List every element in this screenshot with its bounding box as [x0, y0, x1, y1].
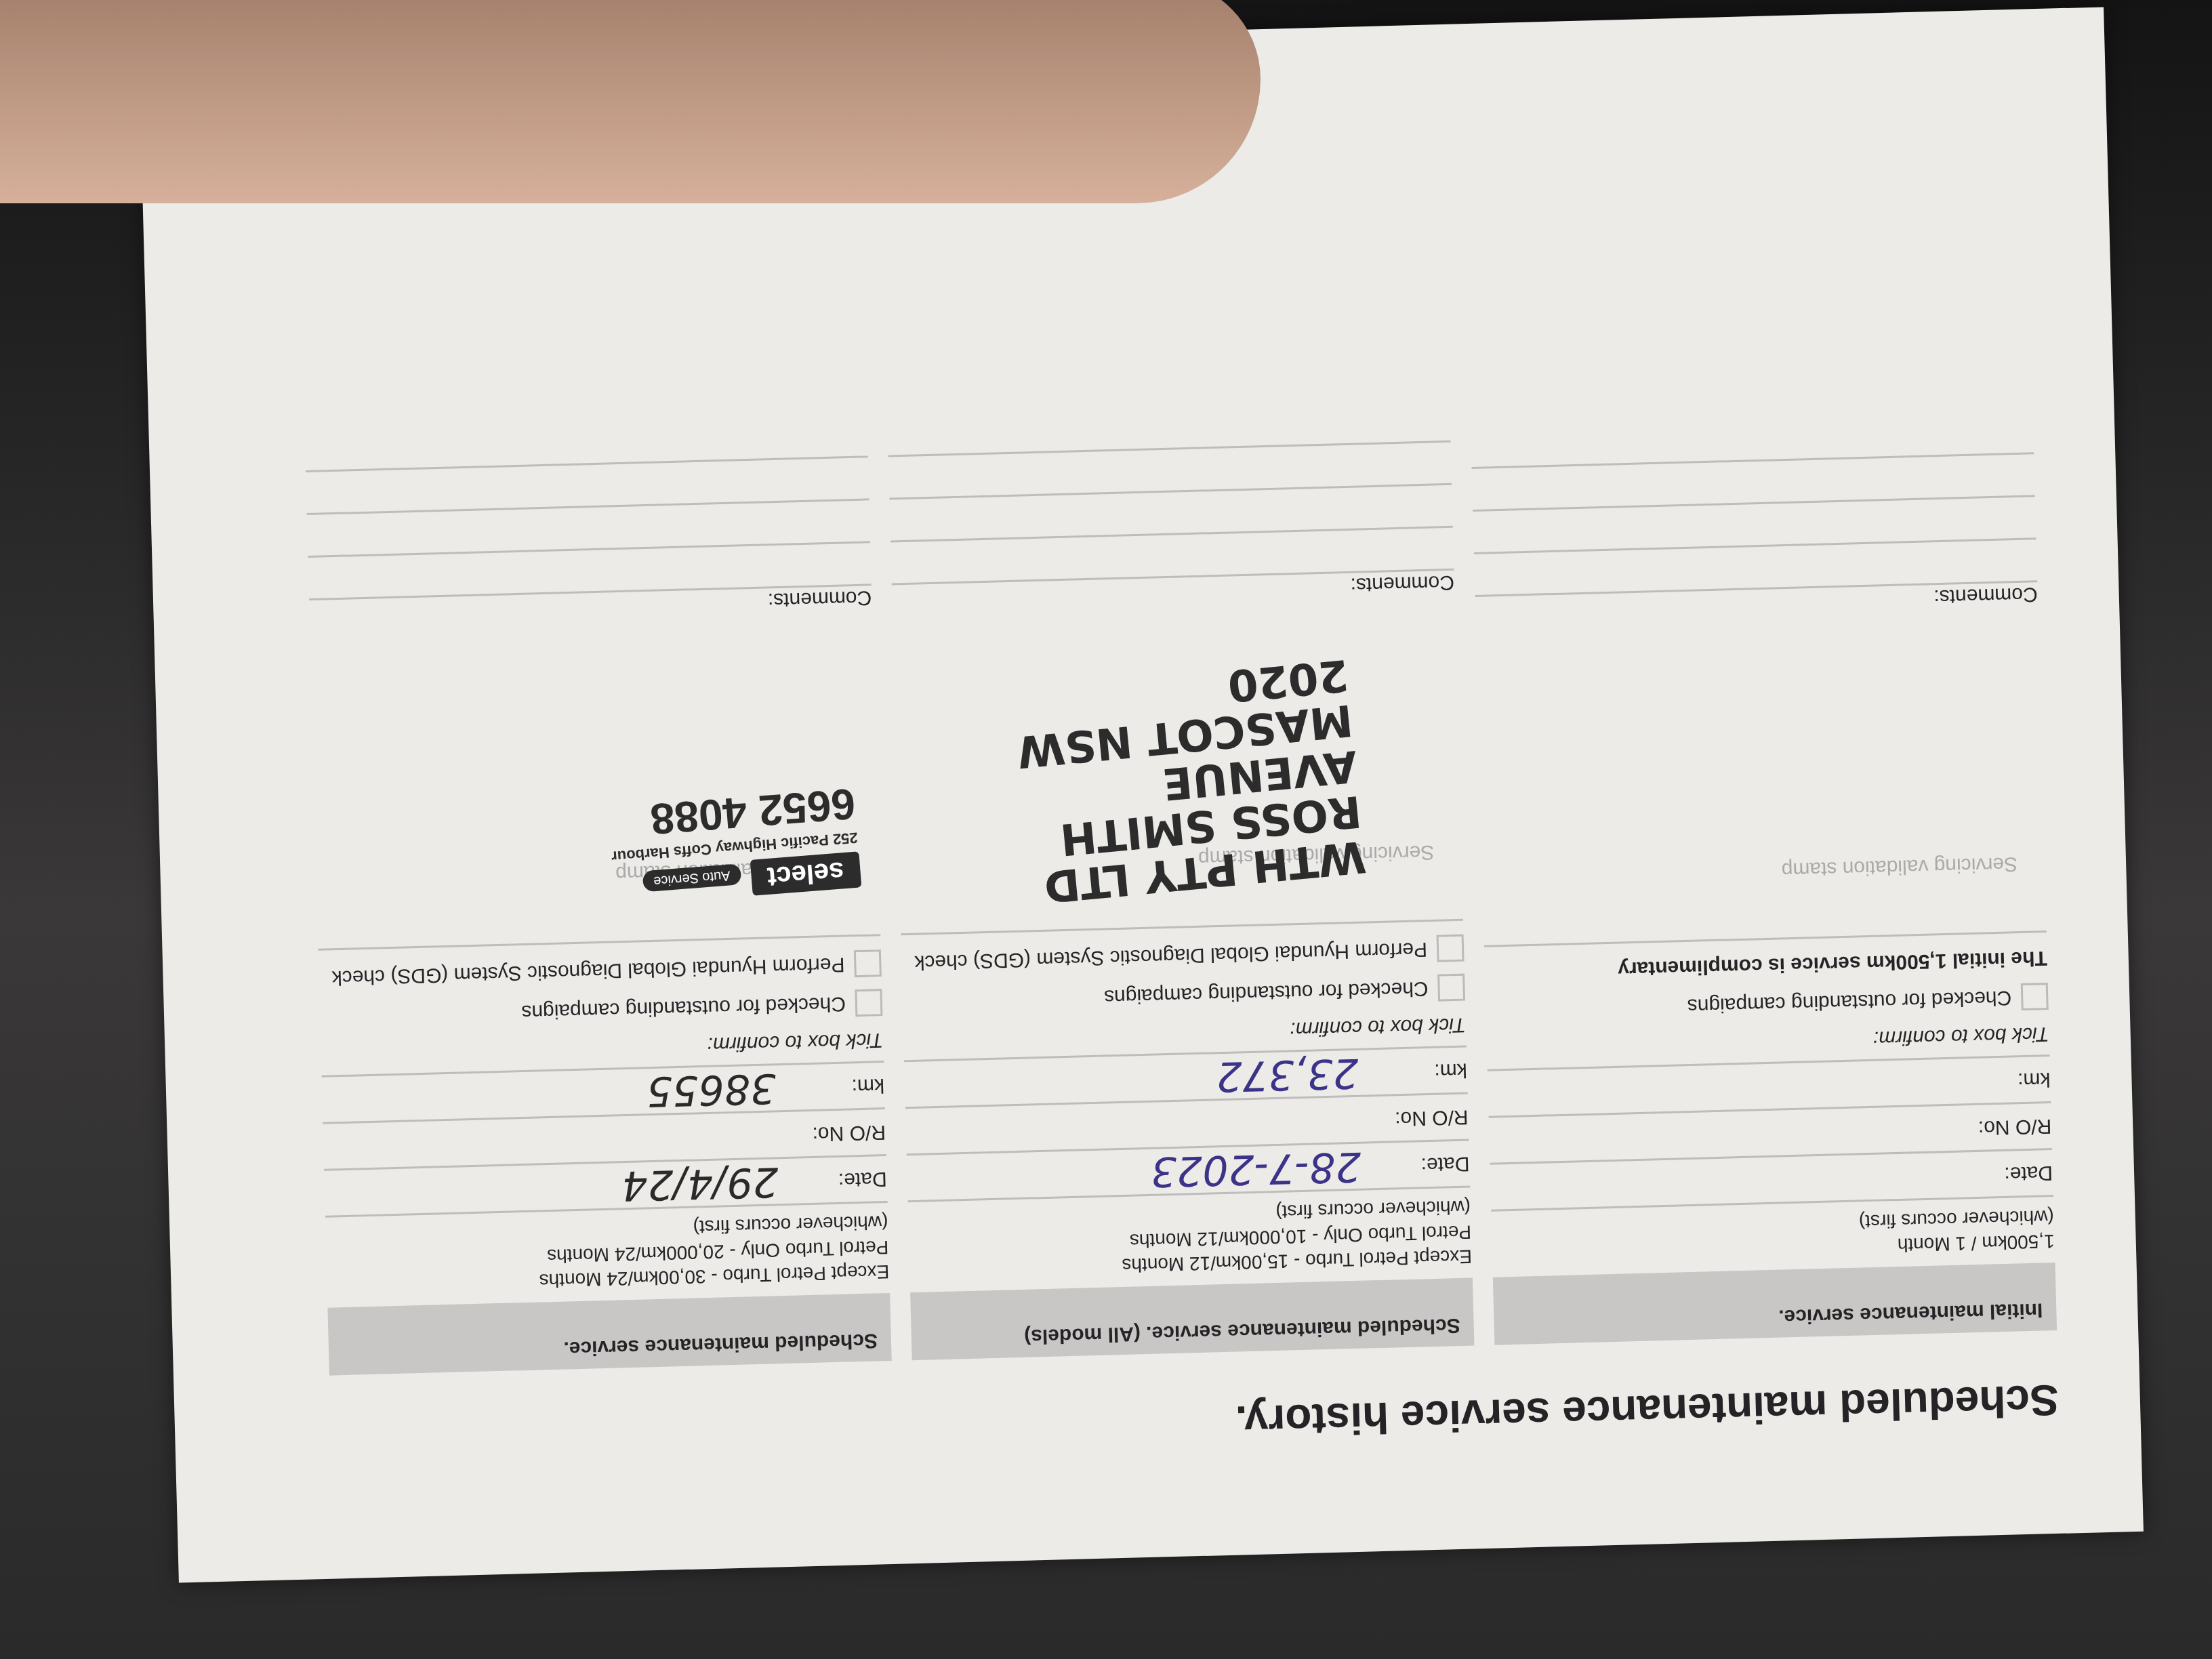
photo-scene: Scheduled maintenance service history. I…	[0, 0, 2212, 1659]
select-logo: select	[750, 851, 861, 896]
page-title: Scheduled maintenance service history.	[1235, 1375, 2060, 1447]
checkbox[interactable]	[854, 949, 882, 977]
column-header: Initial maintenance service.	[1493, 1263, 2057, 1345]
handwritten-km: 38655	[646, 1064, 777, 1115]
checkbox[interactable]	[2021, 983, 2049, 1010]
check-campaigns[interactable]: Checked for outstanding campaigns	[320, 989, 883, 1031]
first-scheduled-column: Scheduled maintenance service. (All mode…	[887, 400, 1474, 1360]
dealer-stamp: select Auto Service 252 Pacific Highway …	[607, 779, 862, 907]
handwritten-km: 23,372	[1216, 1049, 1359, 1100]
column-header: Scheduled maintenance service. (All mode…	[910, 1277, 1474, 1360]
checkbox[interactable]	[1437, 934, 1465, 962]
stamp-zone: Servicing validation stamp select Auto S…	[310, 609, 880, 951]
check-gds[interactable]: Perform Hyundai Global Diagnostic System…	[901, 934, 1465, 976]
thumb	[0, 0, 1261, 203]
booklet-page: Scheduled maintenance service history. I…	[139, 7, 2144, 1582]
stamp-zone: Servicing validation stamp	[1475, 605, 2046, 947]
service-interval: Except Petrol Turbo - 15,00km/12 Months …	[908, 1194, 1473, 1283]
check-campaigns[interactable]: Checked for outstanding campaigns	[1486, 983, 2049, 1025]
handwritten-date: 28-7-2023	[1150, 1143, 1361, 1195]
handwritten-date: 29/4/24	[621, 1158, 779, 1209]
second-scheduled-column: Scheduled maintenance service. Except Pe…	[304, 415, 891, 1375]
checkbox[interactable]	[855, 989, 882, 1017]
column-header: Scheduled maintenance service.	[327, 1293, 891, 1376]
auto-service-logo: Auto Service	[642, 863, 741, 892]
complimentary-note: The initial 1,500km service is complimen…	[1485, 946, 2048, 984]
stamp-zone: Servicing validation stamp WTH PTY LTD R…	[893, 594, 1463, 936]
check-gds[interactable]: Perform Hyundai Global Diagnostic System…	[319, 949, 882, 991]
dealer-stamp: WTH PTY LTD ROSS SMITH AVENUE MASCOT NSW…	[887, 651, 1368, 922]
checkbox[interactable]	[1437, 973, 1465, 1001]
check-campaigns[interactable]: Checked for outstanding campaigns	[902, 973, 1465, 1015]
service-interval: Except Petrol Turbo - 30,00km/24 Months …	[325, 1210, 890, 1298]
service-interval: 1,500km / 1 Month (whichever occurs firs…	[1492, 1204, 2055, 1267]
servicing-label: Servicing validation stamp	[1781, 851, 2018, 883]
initial-service-column: Initial maintenance service. 1,500km / 1…	[1471, 412, 2057, 1345]
